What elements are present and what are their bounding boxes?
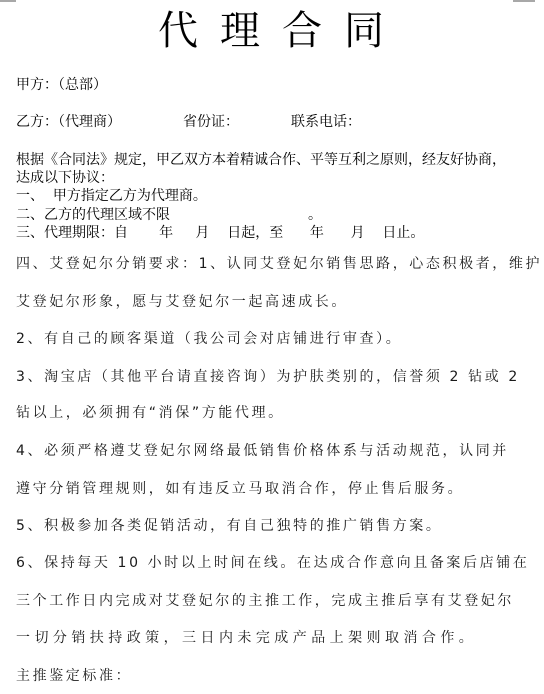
requirement-line: 5、积极参加各类促销活动，有自己独特的推广销售方案。 bbox=[16, 517, 443, 535]
requirement-line: 钻以上，必须拥有“消保”方能代理。 bbox=[16, 404, 285, 422]
document-title: 代理合同 bbox=[0, 6, 544, 56]
intro-line-1: 根据《合同法》规定，甲乙双方本着精诚合作、平等互利之原则，经友好协商， bbox=[16, 151, 506, 169]
requirement-line: 遵守分销管理规则，如有违反立马取消合作，停止售后服务。 bbox=[16, 480, 464, 498]
page-corner-mark-right bbox=[513, 0, 535, 2]
party-b-label: 乙方：（代理商） bbox=[16, 113, 121, 131]
party-a-label: 甲方：（总部） bbox=[16, 76, 107, 94]
requirement-line: 3、淘宝店（其他平台请直接咨询）为护肤类别的，信誉须 2 钻或 2 bbox=[16, 368, 520, 386]
intro-line-2: 达成以下协议： bbox=[16, 169, 114, 187]
requirement-line: 6、保持每天 10 小时以上时间在线。在达成合作意向且备案后店铺在 bbox=[16, 554, 529, 572]
requirement-line: 三个工作日内完成对艾登妃尔的主推工作，完成主推后享有艾登妃尔 bbox=[16, 592, 514, 610]
requirement-line: 主推鉴定标准： bbox=[16, 667, 132, 685]
requirement-line: 四、艾登妃尔分销要求：1、认同艾登妃尔销售思路，心态积极者，维护 bbox=[16, 255, 542, 273]
clause-3: 三、代理期限：自 年 月 日起，至 年 月 日止。 bbox=[16, 224, 424, 242]
requirement-line: 4、必须严格遵艾登妃尔网络最低销售价格体系与活动规范，认同并 bbox=[16, 442, 509, 460]
requirement-line: 一 切 分 销 扶 持 政 策 ， 三 日 内 未 完 成 产 品 上 架 则 … bbox=[16, 629, 473, 647]
id-card-label: 省份证： bbox=[183, 113, 239, 131]
requirement-line: 艾登妃尔形象，愿与艾登妃尔一起高速成长。 bbox=[16, 293, 348, 311]
requirement-line: 2、有自己的顾客渠道（我公司会对店铺进行审查）。 bbox=[16, 330, 402, 348]
page-corner-mark-left bbox=[0, 0, 16, 2]
phone-label: 联系电话： bbox=[291, 113, 361, 131]
clause-1: 一、 甲方指定乙方为代理商。 bbox=[16, 187, 207, 205]
clause-2: 二、乙方的代理区域不限 。 bbox=[16, 206, 322, 224]
